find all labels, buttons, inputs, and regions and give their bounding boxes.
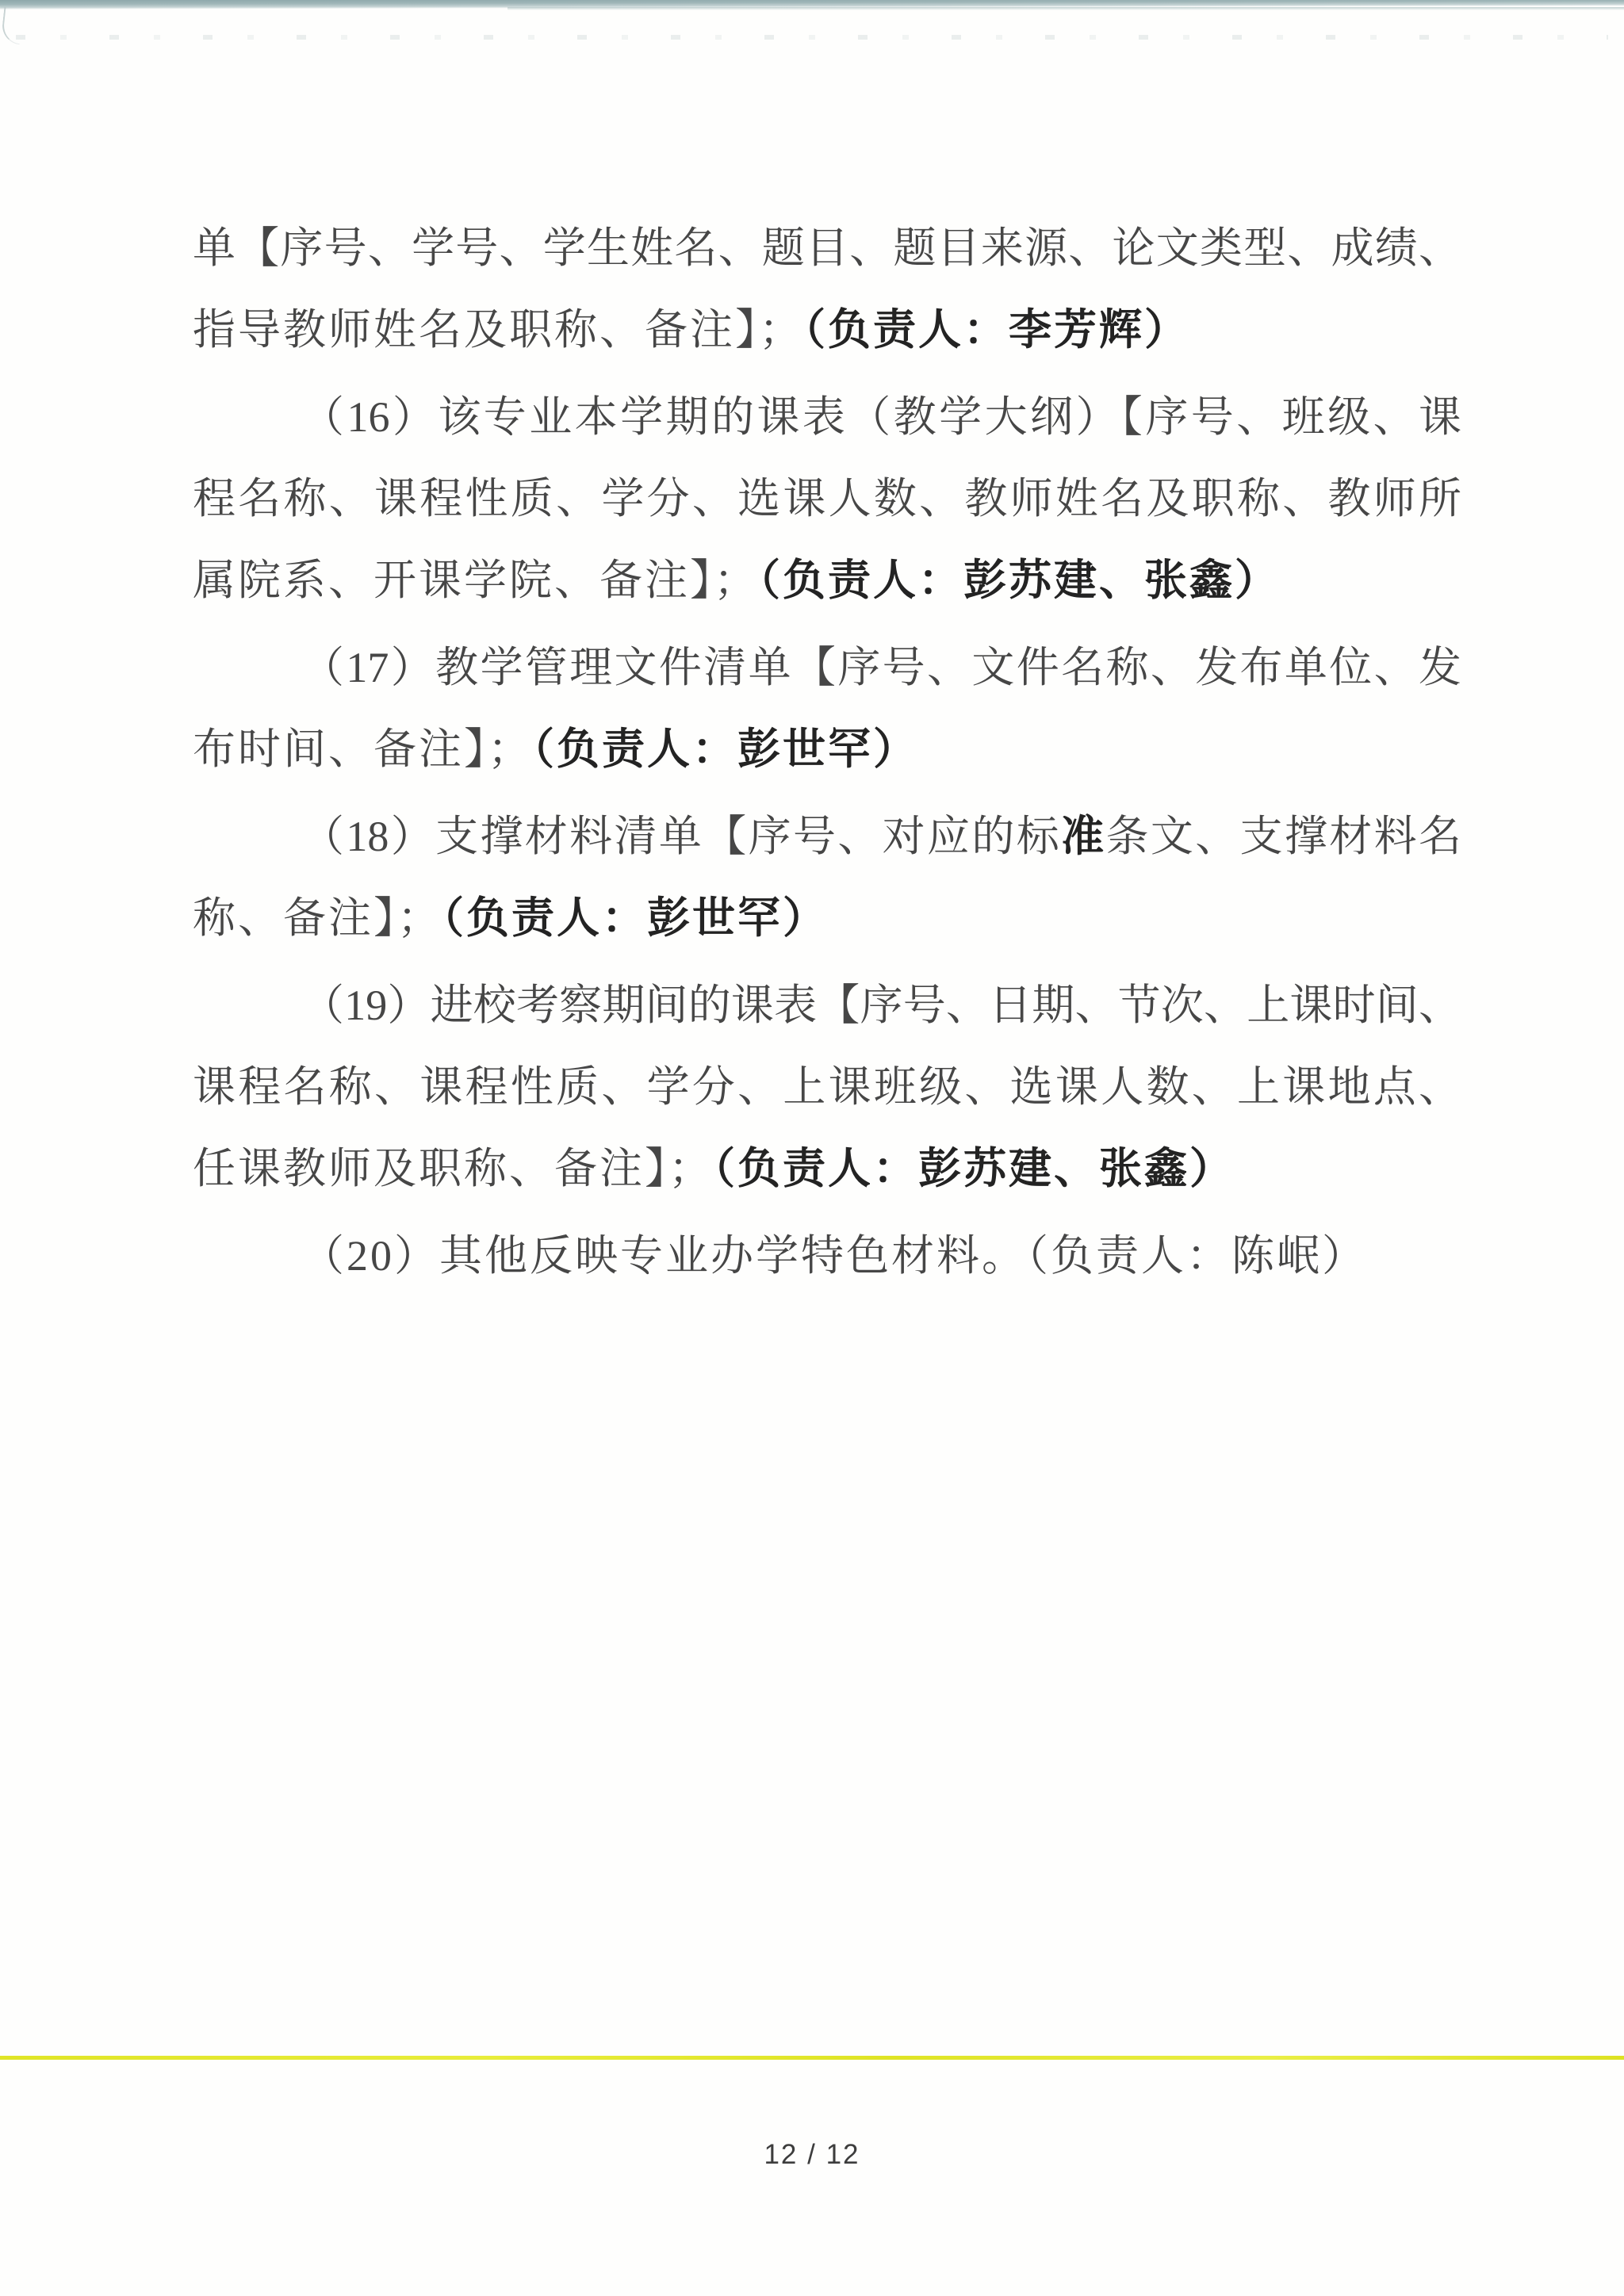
text-line: （19）进校考察期间的课表【序号、日期、节次、上课时间、	[193, 965, 1461, 1047]
text-line: 单【序号、学号、学生姓名、题目、题目来源、论文类型、成绩、	[193, 208, 1461, 289]
text-line: 程名称、课程性质、学分、选课人数、教师姓名及职称、教师所	[193, 458, 1461, 540]
paragraph: （20）其他反映专业办学特色材料。（负责人：陈岷）	[193, 1215, 1461, 1297]
text-line: （18）支撑材料清单【序号、对应的标准条文、支撑材料名	[193, 796, 1461, 878]
text-run: 属院系、开课学院、备注】；	[193, 557, 759, 604]
yellow-divider-line	[0, 2056, 1624, 2060]
text-run: （负责人：李芳辉）	[804, 306, 1189, 354]
text-run: 单【序号、学号、学生姓名、题目、题目来源、论文类型、成绩、	[193, 224, 1461, 272]
text-run: 任课教师及职称、备注】；	[193, 1145, 714, 1192]
text-run: 课程名称、课程性质、学分、上课班级、选课人数、上课地点、	[193, 1063, 1461, 1111]
page-number: 12 / 12	[0, 2139, 1624, 2171]
text-run: （18）支撑材料清单【序号、对应的标	[301, 813, 1061, 860]
scan-corner-artifact	[1, 7, 24, 44]
text-run: 布时间、备注】；	[193, 725, 533, 773]
text-run: （20）其他反映专业办学特色材料。（负责人：陈岷）	[301, 1232, 1367, 1280]
paragraph: （17）教学管理文件清单【序号、文件名称、发布单位、发布时间、备注】；（负责人：…	[193, 627, 1461, 790]
text-run: （负责人：彭苏建、张鑫）	[759, 557, 1280, 604]
scanned-document-page: 单【序号、学号、学生姓名、题目、题目来源、论文类型、成绩、指导教师姓名及职称、备…	[0, 0, 1624, 2296]
text-run: （负责人：彭世罕）	[442, 894, 828, 942]
text-run: 条文、支撑材料名	[1106, 813, 1462, 860]
text-line: 任课教师及职称、备注】；（负责人：彭苏建、张鑫）	[193, 1128, 1461, 1210]
paragraph: （19）进校考察期间的课表【序号、日期、节次、上课时间、课程名称、课程性质、学分…	[193, 965, 1461, 1210]
text-line: 称、备注】；（负责人：彭世罕）	[193, 878, 1461, 959]
paragraph: （16）该专业本学期的课表（教学大纲）【序号、班级、课程名称、课程性质、学分、选…	[193, 377, 1461, 622]
text-line: 课程名称、课程性质、学分、上课班级、选课人数、上课地点、	[193, 1047, 1461, 1128]
text-run: （16）该专业本学期的课表（教学大纲）【序号、班级、课	[301, 393, 1461, 441]
text-run: （17）教学管理文件清单【序号、文件名称、发布单位、发	[301, 644, 1461, 691]
text-line: （16）该专业本学期的课表（教学大纲）【序号、班级、课	[193, 377, 1461, 458]
paragraph: 单【序号、学号、学生姓名、题目、题目来源、论文类型、成绩、指导教师姓名及职称、备…	[193, 208, 1461, 371]
text-run: （负责人：彭世罕）	[533, 725, 918, 773]
scan-edge-artifact-top-secondary	[507, 7, 1624, 10]
text-run: 程名称、课程性质、学分、选课人数、教师姓名及职称、教师所	[193, 475, 1461, 522]
text-run: 指导教师姓名及职称、备注】；	[193, 306, 804, 354]
text-run: 称、备注】；	[193, 894, 442, 942]
document-body: 单【序号、学号、学生姓名、题目、题目来源、论文类型、成绩、指导教师姓名及职称、备…	[193, 208, 1461, 1303]
text-line: （20）其他反映专业办学特色材料。（负责人：陈岷）	[193, 1215, 1461, 1297]
text-line: 布时间、备注】；（负责人：彭世罕）	[193, 709, 1461, 790]
text-line: 指导教师姓名及职称、备注】；（负责人：李芳辉）	[193, 289, 1461, 371]
scan-noise-row	[16, 35, 1608, 40]
text-line: （17）教学管理文件清单【序号、文件名称、发布单位、发	[193, 627, 1461, 709]
text-run: 准	[1061, 813, 1105, 860]
text-run: （19）进校考察期间的课表【序号、日期、节次、上课时间、	[301, 982, 1461, 1029]
paragraph: （18）支撑材料清单【序号、对应的标准条文、支撑材料名称、备注】；（负责人：彭世…	[193, 796, 1461, 959]
text-line: 属院系、开课学院、备注】；（负责人：彭苏建、张鑫）	[193, 540, 1461, 622]
text-run: （负责人：彭苏建、张鑫）	[714, 1145, 1235, 1192]
